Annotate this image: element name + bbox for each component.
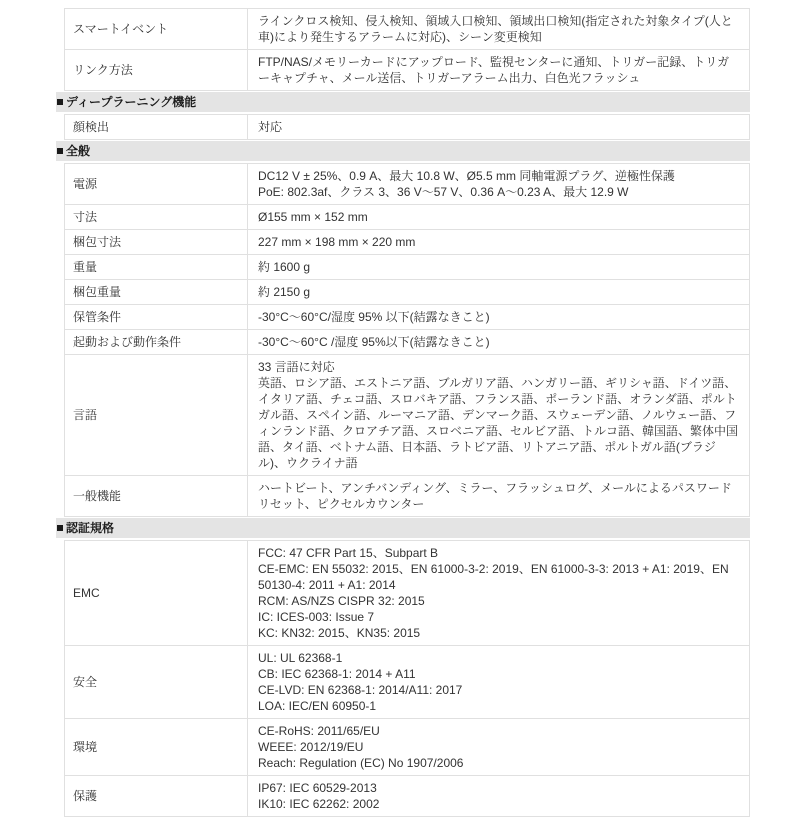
spec-row: EMC FCC: 47 CFR Part 15、Subpart BCE-EMC:… [65,541,749,645]
spec-rows: スマートイベント ラインクロス検知、侵入検知、領域入口検知、領域出口検知(指定さ… [64,8,750,91]
spec-value-line: CE-EMC: EN 55032: 2015、EN 61000-3-2: 201… [258,561,741,593]
spec-label: 梱包重量 [65,280,248,304]
spec-label: 保管条件 [65,305,248,329]
spec-label: 言語 [65,355,248,475]
spec-label: 一般機能 [65,476,248,516]
spec-row: 言語 33 言語に対応英語、ロシア語、エストニア語、ブルガリア語、ハンガリー語、… [65,354,749,475]
spec-value: DC12 V ± 25%、0.9 A、最大 10.8 W、Ø5.5 mm 同軸電… [248,164,749,204]
spec-label: EMC [65,541,248,645]
spec-value-line: 約 2150 g [258,284,741,300]
spec-value-line: CE-LVD: EN 62368-1: 2014/A11: 2017 [258,682,741,698]
spec-row: 保管条件 -30°C～60°C/湿度 95% 以下(結露なきこと) [65,304,749,329]
spec-value-line: FCC: 47 CFR Part 15、Subpart B [258,545,741,561]
spec-value-line: Ø155 mm × 152 mm [258,209,741,225]
spec-value: 対応 [248,115,749,139]
spec-value: FTP/NAS/メモリーカードにアップロード、監視センターに通知、トリガー記録、… [248,50,749,90]
spec-value-line: UL: UL 62368-1 [258,650,741,666]
spec-value: UL: UL 62368-1CB: IEC 62368-1: 2014 + A1… [248,646,749,718]
spec-value-line: 227 mm × 198 mm × 220 mm [258,234,741,250]
spec-value-line: ハートビート、アンチバンディング、ミラー、フラッシュログ、メールによるパスワード… [258,480,741,512]
spec-rows: 電源 DC12 V ± 25%、0.9 A、最大 10.8 W、Ø5.5 mm … [64,163,750,517]
spec-value-line: RCM: AS/NZS CISPR 32: 2015 [258,593,741,609]
spec-value: ハートビート、アンチバンディング、ミラー、フラッシュログ、メールによるパスワード… [248,476,749,516]
spec-value: Ø155 mm × 152 mm [248,205,749,229]
spec-value: -30°C～60°C /湿度 95%以下(結露なきこと) [248,330,749,354]
section-bullet-icon [57,99,63,105]
spec-row: 起動および動作条件 -30°C～60°C /湿度 95%以下(結露なきこと) [65,329,749,354]
spec-value-line: -30°C～60°C /湿度 95%以下(結露なきこと) [258,334,741,350]
spec-row: 梱包重量 約 2150 g [65,279,749,304]
spec-label: 電源 [65,164,248,204]
spec-label: 梱包寸法 [65,230,248,254]
spec-label: 寸法 [65,205,248,229]
spec-value-line: ラインクロス検知、侵入検知、領域入口検知、領域出口検知(指定された対象タイプ(人… [258,13,741,45]
spec-value-line: 33 言語に対応 [258,359,741,375]
spec-row: 寸法 Ø155 mm × 152 mm [65,204,749,229]
section-title: 認証規格 [66,520,114,536]
spec-value-line: KC: KN32: 2015、KN35: 2015 [258,625,741,641]
spec-value-line: 約 1600 g [258,259,741,275]
spec-value: 33 言語に対応英語、ロシア語、エストニア語、ブルガリア語、ハンガリー語、ギリシ… [248,355,749,475]
spec-label: 起動および動作条件 [65,330,248,354]
section-header: 全般 [56,141,750,161]
spec-row: 重量 約 1600 g [65,254,749,279]
spec-value-line: Reach: Regulation (EC) No 1907/2006 [258,755,741,771]
spec-value-line: PoE: 802.3af、クラス 3、36 V～57 V、0.36 A～0.23… [258,184,741,200]
spec-row: 梱包寸法 227 mm × 198 mm × 220 mm [65,229,749,254]
spec-label: 重量 [65,255,248,279]
spec-label: 安全 [65,646,248,718]
spec-label: 環境 [65,719,248,771]
spec-rows: EMC FCC: 47 CFR Part 15、Subpart BCE-EMC:… [64,540,750,771]
spec-row: 電源 DC12 V ± 25%、0.9 A、最大 10.8 W、Ø5.5 mm … [65,164,749,204]
spec-label: 顔検出 [65,115,248,139]
spec-value: 約 2150 g [248,280,749,304]
spec-value: 約 1600 g [248,255,749,279]
spec-label: スマートイベント [65,9,248,49]
spec-table: スマートイベント ラインクロス検知、侵入検知、領域入口検知、領域出口検知(指定さ… [56,8,750,771]
spec-row: 一般機能 ハートビート、アンチバンディング、ミラー、フラッシュログ、メールによる… [65,475,749,516]
spec-value-line: WEEE: 2012/19/EU [258,739,741,755]
spec-row: 安全 UL: UL 62368-1CB: IEC 62368-1: 2014 +… [65,645,749,718]
spec-row: 顔検出 対応 [65,115,749,139]
spec-value-line: -30°C～60°C/湿度 95% 以下(結露なきこと) [258,309,741,325]
section-bullet-icon [57,148,63,154]
spec-value: 227 mm × 198 mm × 220 mm [248,230,749,254]
spec-value-line: CB: IEC 62368-1: 2014 + A11 [258,666,741,682]
section-header: ディープラーニング機能 [56,92,750,112]
spec-row: スマートイベント ラインクロス検知、侵入検知、領域入口検知、領域出口検知(指定さ… [65,9,749,49]
spec-value-line: 英語、ロシア語、エストニア語、ブルガリア語、ハンガリー語、ギリシャ語、ドイツ語、… [258,375,741,471]
spec-rows: 顔検出 対応 [64,114,750,140]
section-title: 全般 [66,143,90,159]
spec-value: FCC: 47 CFR Part 15、Subpart BCE-EMC: EN … [248,541,749,645]
spec-value-line: IC: ICES-003: Issue 7 [258,609,741,625]
spec-row: リンク方法 FTP/NAS/メモリーカードにアップロード、監視センターに通知、ト… [65,49,749,90]
spec-value-line: CE-RoHS: 2011/65/EU [258,723,741,739]
spec-value-line: 対応 [258,119,741,135]
spec-value: -30°C～60°C/湿度 95% 以下(結露なきこと) [248,305,749,329]
spec-value: CE-RoHS: 2011/65/EUWEEE: 2012/19/EUReach… [248,719,749,771]
section-header: 認証規格 [56,518,750,538]
spec-value-line: LOA: IEC/EN 60950-1 [258,698,741,714]
spec-row: 環境 CE-RoHS: 2011/65/EUWEEE: 2012/19/EURe… [65,718,749,771]
section-bullet-icon [57,525,63,531]
spec-value-line: DC12 V ± 25%、0.9 A、最大 10.8 W、Ø5.5 mm 同軸電… [258,168,741,184]
section-title: ディープラーニング機能 [66,94,196,110]
spec-value: ラインクロス検知、侵入検知、領域入口検知、領域出口検知(指定された対象タイプ(人… [248,9,749,49]
spec-label: リンク方法 [65,50,248,90]
spec-value-line: FTP/NAS/メモリーカードにアップロード、監視センターに通知、トリガー記録、… [258,54,741,86]
